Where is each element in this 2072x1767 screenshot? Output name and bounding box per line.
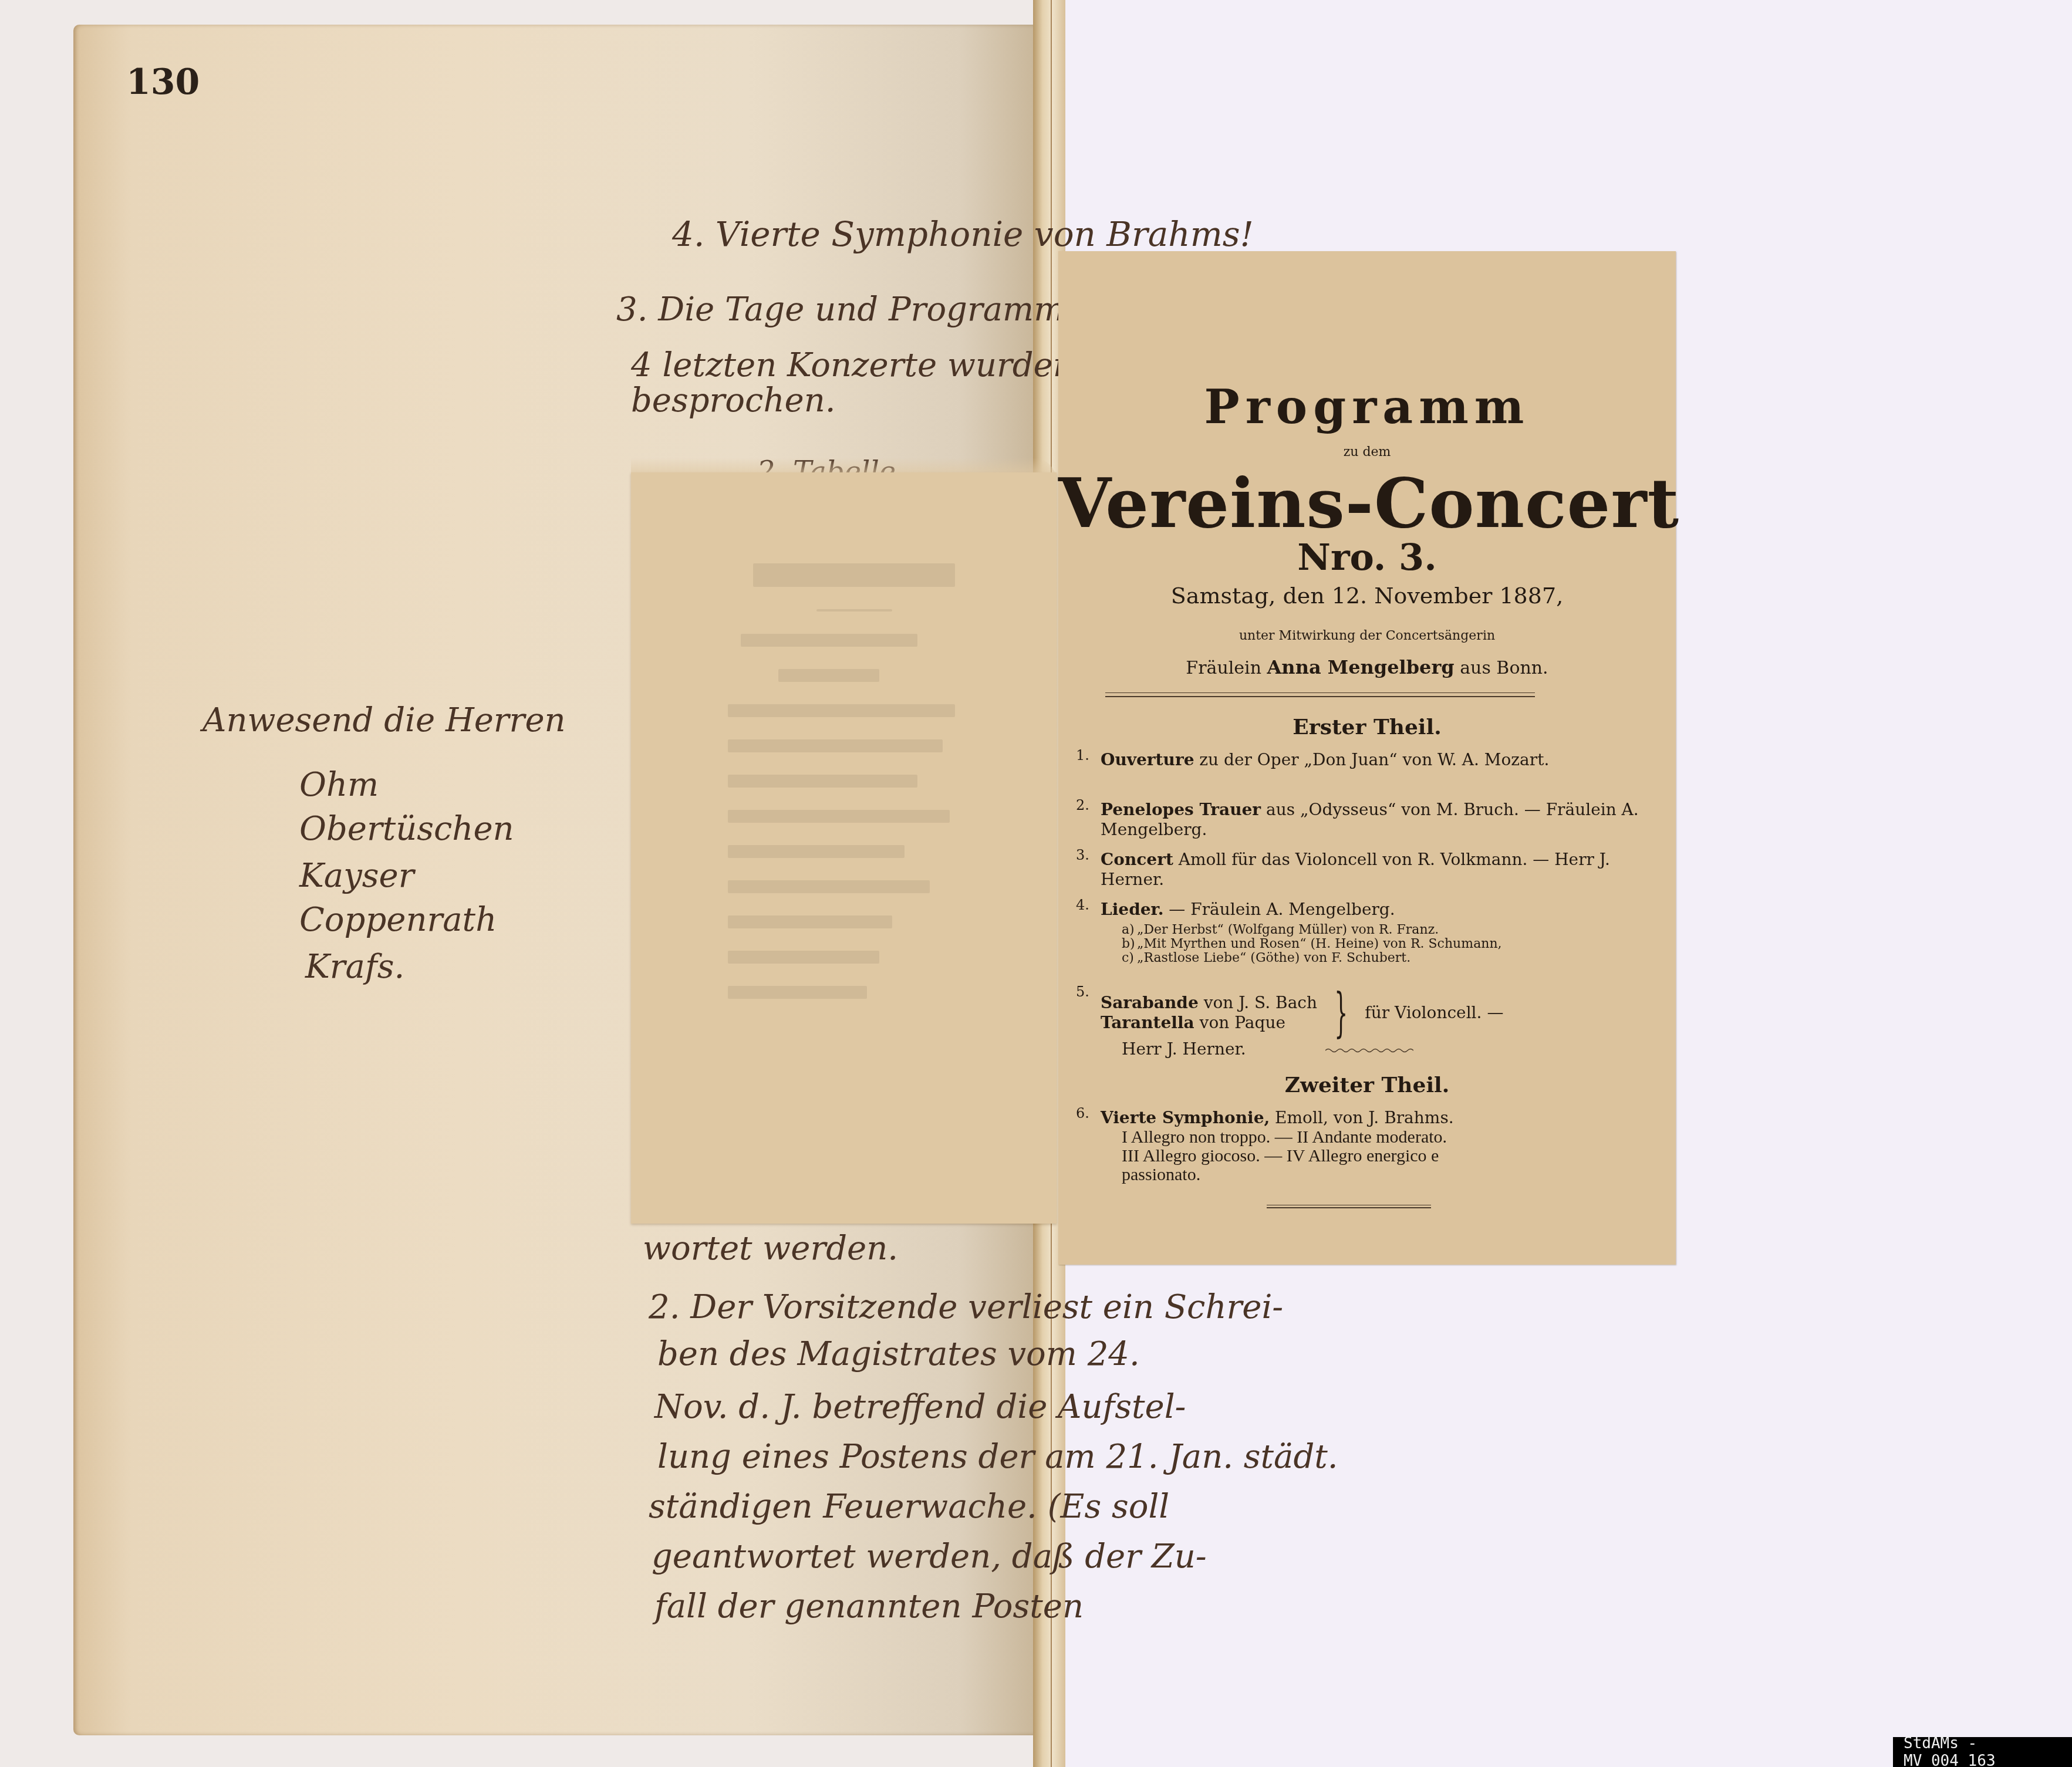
brace-symbol: } [1334, 986, 1348, 1039]
lied-item: c)„Rastlose Liebe“ (Göthe) von F. Schube… [1122, 951, 1646, 965]
item5-line: Sarabande von J. S. Bach [1101, 993, 1317, 1013]
handwriting-line: 2. Der Vorsitzende verliest ein Schrei- [649, 1291, 1283, 1324]
item-title: Concert [1101, 850, 1173, 869]
lied-text: „Rastlose Liebe“ (Göthe) von F. Schubert… [1137, 951, 1410, 965]
singer-prefix: Fräulein [1186, 658, 1261, 678]
item5-lines: Sarabande von J. S. Bach Tarantella von … [1101, 993, 1317, 1033]
archive-label: StdAMs - MV_004_163 [1893, 1737, 2072, 1767]
item-number: 2. [1076, 795, 1089, 815]
section-heading-part1: Erster Theil. [1058, 715, 1676, 739]
item-title: Lieder. [1101, 900, 1163, 919]
item5-brace-group: Sarabande von J. S. Bach Tarantella von … [1101, 986, 1646, 1039]
concert-program-card: Programm zu dem Vereins-Concert Nro. 3. … [1058, 251, 1676, 1265]
item-text: — Fräulein A. Mengelberg. [1163, 900, 1395, 919]
item-text: Emoll, von J. Brahms. [1270, 1108, 1453, 1127]
lieder-list: a)„Der Herbst“ (Wolfgang Müller) von R. … [1101, 923, 1646, 965]
ornament-divider [1325, 1048, 1413, 1053]
item-text: zu der Oper „Don Juan“ von W. A. Mozart. [1194, 750, 1549, 769]
program-item: 2. Penelopes Trauer aus „Odysseus“ von M… [1101, 800, 1646, 840]
program-item: 6. Vierte Symphonie, Emoll, von J. Brahm… [1101, 1108, 1646, 1184]
program-item: 4. Lieder. — Fräulein A. Mengelberg. a)„… [1101, 900, 1646, 965]
program-main-title: Vereins-Concert [1058, 464, 1676, 543]
item-text: von Paque [1194, 1013, 1285, 1032]
item-title: Penelopes Trauer [1101, 800, 1261, 819]
movement-line: III Allegro giocoso. — IV Allegro energi… [1122, 1147, 1646, 1165]
handwriting-line: ständigen Feuerwache. (Es soll [649, 1491, 1169, 1523]
program-item: 1. Ouverture zu der Oper „Don Juan“ von … [1101, 750, 1646, 770]
program-date: Samstag, den 12. November 1887, [1058, 583, 1676, 609]
item-number: 4. [1076, 895, 1089, 915]
program-number: Nro. 3. [1058, 536, 1676, 579]
item-text: für Violoncell. — [1365, 1003, 1503, 1023]
lied-label: b) [1122, 937, 1137, 951]
program-collab-line: unter Mitwirkung der Concertsängerin [1058, 629, 1676, 643]
handwriting-line: ben des Magistrates vom 24. [657, 1338, 1140, 1371]
singer-name: Anna Mengelberg [1267, 656, 1455, 678]
item-text: von J. S. Bach [1199, 993, 1317, 1012]
attendance-name: Krafs. [305, 951, 404, 984]
handwriting-line: fall der genannten Posten [654, 1590, 1084, 1623]
lied-text: „Der Herbst“ (Wolfgang Müller) von R. Fr… [1137, 923, 1439, 937]
program-title: Programm [1058, 379, 1676, 434]
attendance-name: Ohm [299, 769, 379, 802]
item-number: 3. [1076, 845, 1089, 865]
handwriting-line: Nov. d. J. betreffend die Aufstel- [654, 1391, 1186, 1424]
attendance-name: Coppenrath [299, 904, 497, 937]
lied-item: a)„Der Herbst“ (Wolfgang Müller) von R. … [1122, 923, 1646, 937]
movements-list: I Allegro non troppo. — II Andante moder… [1101, 1128, 1646, 1184]
attendance-name: Obertüschen [299, 813, 514, 846]
lied-label: a) [1122, 923, 1137, 937]
item5-line: Tarantella von Paque [1101, 1013, 1317, 1033]
item-title: Ouverture [1101, 750, 1194, 769]
item-title: Sarabande [1101, 993, 1199, 1012]
movement-line: I Allegro non troppo. — II Andante moder… [1122, 1128, 1646, 1147]
movement-line: passionato. [1122, 1165, 1646, 1184]
attendance-name: Kayser [299, 860, 414, 893]
item-number: 5. [1076, 982, 1089, 1002]
handwriting-line: wortet werden. [643, 1232, 898, 1265]
divider-rule [1105, 692, 1535, 697]
handwriting-line: 4. Vierte Symphonie von Brahms! [672, 217, 1254, 251]
program-subtitle: zu dem [1058, 445, 1676, 460]
attendance-heading: Anwesend die Herren [203, 704, 566, 737]
lied-item: b)„Mit Myrthen und Rosen“ (H. Heine) von… [1122, 937, 1646, 951]
handwriting-line: lung eines Postens der am 21. Jan. städt… [657, 1441, 1338, 1474]
item-number: 6. [1076, 1103, 1089, 1123]
program-singer-line: Fräulein Anna Mengelberg aus Bonn. [1058, 656, 1676, 678]
bleed-through-text [728, 563, 980, 1092]
item-number: 1. [1076, 745, 1089, 765]
divider-rule [1267, 1205, 1431, 1208]
program-item: 3. Concert Amoll für das Violoncell von … [1101, 850, 1646, 890]
item-title: Vierte Symphonie, [1101, 1108, 1270, 1127]
item-text: Amoll für das Violoncell von R. Volkmann… [1101, 850, 1610, 889]
handwriting-line: geantwortet werden, daß der Zu- [652, 1540, 1207, 1573]
page-number: 130 [126, 62, 200, 103]
singer-suffix: aus Bonn. [1460, 658, 1548, 678]
lied-label: c) [1122, 951, 1137, 965]
item-title: Tarantella [1101, 1013, 1194, 1032]
lied-text: „Mit Myrthen und Rosen“ (H. Heine) von R… [1137, 937, 1502, 951]
handwriting-line: besprochen. [631, 384, 836, 417]
section-heading-part2: Zweiter Theil. [1058, 1073, 1676, 1097]
